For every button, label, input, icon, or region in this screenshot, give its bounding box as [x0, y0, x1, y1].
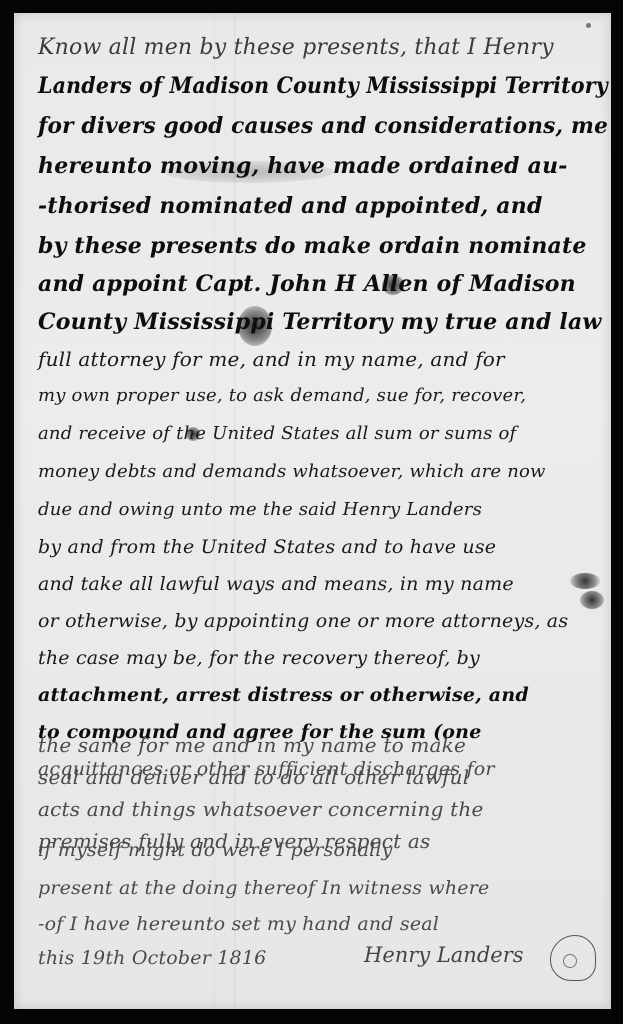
- text-line-13: due and owing unto me the said Henry Lan…: [38, 499, 482, 520]
- text-line-3: for divers good causes and consideration…: [38, 113, 608, 139]
- text-line-5: -thorised nominated and appointed, and: [38, 193, 543, 219]
- text-line-12: money debts and demands whatsoever, whic…: [38, 461, 546, 482]
- text-line-18: attachment, arrest distress or otherwise…: [38, 684, 529, 706]
- ink-blot: [570, 573, 600, 589]
- text-line-7: and appoint Capt. John H Allen of Madiso…: [38, 271, 576, 297]
- text-line-24: premises fully and in every respect as: [38, 829, 430, 853]
- text-line-21: the same for me and in my name to make: [38, 733, 466, 757]
- text-line-6: by these presents do make ordain nominat…: [38, 233, 587, 259]
- text-line-10: my own proper use, to ask demand, sue fo…: [38, 385, 526, 406]
- text-line-16: or otherwise, by appointing one or more …: [38, 610, 568, 632]
- text-line-9: full attorney for me, and in my name, an…: [38, 347, 505, 371]
- manuscript-page: Know all men by these presents, that I H…: [14, 13, 611, 1009]
- text-line-4: hereunto moving, have made ordained au-: [38, 153, 568, 179]
- text-line-22: seal and deliver and to do all other law…: [38, 765, 469, 789]
- text-line-8: County Mississippi Territory my true and…: [38, 309, 602, 335]
- text-line-1: Know all men by these presents, that I H…: [38, 35, 554, 60]
- text-line-17: the case may be, for the recovery thereo…: [38, 647, 480, 669]
- text-line-11: and receive of the United States all sum…: [38, 423, 516, 444]
- ink-blot: [580, 591, 604, 609]
- corner-speck: [586, 23, 591, 28]
- text-line-23: acts and things whatsoever concerning th…: [38, 797, 484, 821]
- text-line-14: by and from the United States and to hav…: [38, 536, 496, 558]
- text-line-2: Landers of Madison County Mississippi Te…: [38, 73, 608, 99]
- text-line-15: and take all lawful ways and means, in m…: [38, 573, 514, 595]
